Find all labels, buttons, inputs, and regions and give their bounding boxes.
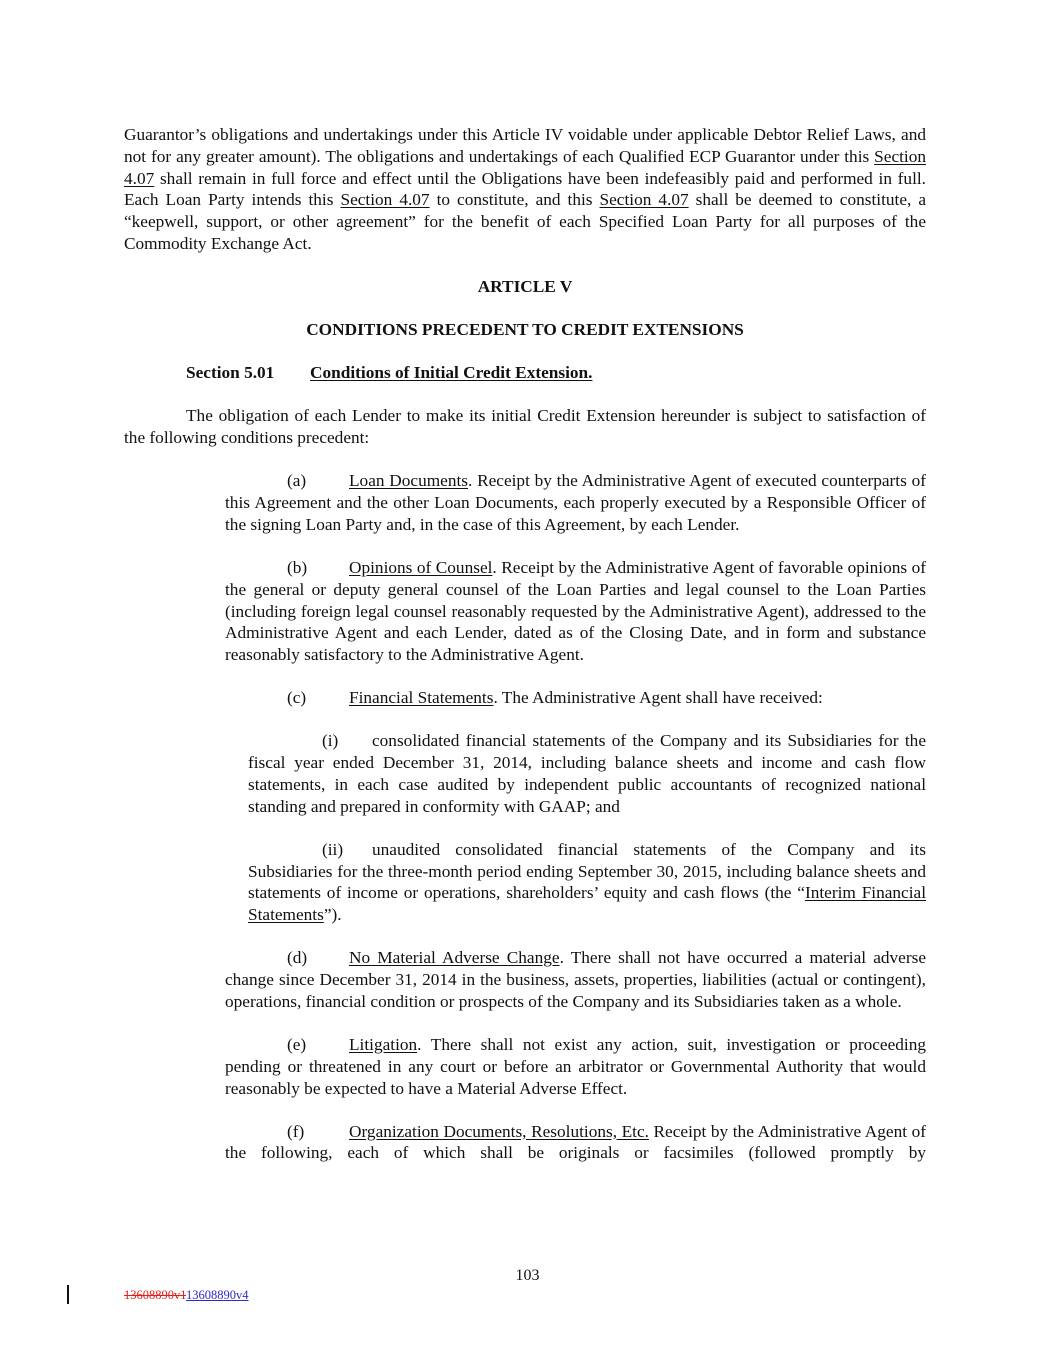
deleted-doc-id: 13608890v1 xyxy=(124,1288,186,1302)
article-title: ARTICLE V xyxy=(124,276,926,298)
section-heading: Section 5.01Conditions of Initial Credit… xyxy=(124,362,926,384)
section-reference: Section 4.07 xyxy=(600,190,689,209)
section-reference: Section 4.07 xyxy=(340,190,429,209)
clause-title: Loan Documents xyxy=(349,471,468,490)
change-bar xyxy=(67,1285,69,1304)
intro-paragraph: The obligation of each Lender to make it… xyxy=(124,405,926,449)
clause-d: (d)No Material Adverse Change. There sha… xyxy=(225,947,926,1012)
clause-c: (c)Financial Statements. The Administrat… xyxy=(225,687,926,709)
section-number: Section 5.01 xyxy=(186,362,310,384)
document-page: Guarantor’s obligations and undertakings… xyxy=(124,124,926,1164)
clause-title: Organization Documents, Resolutions, Etc… xyxy=(349,1122,649,1141)
clause-b: (b)Opinions of Counsel. Receipt by the A… xyxy=(225,557,926,666)
clause-title: Opinions of Counsel xyxy=(349,558,492,577)
clause-a: (a)Loan Documents. Receipt by the Admini… xyxy=(225,470,926,535)
section-title: Conditions of Initial Credit Extension. xyxy=(310,363,592,382)
carryover-paragraph: Guarantor’s obligations and undertakings… xyxy=(124,124,926,255)
page-number: 103 xyxy=(0,1267,1055,1285)
clause-e: (e)Litigation. There shall not exist any… xyxy=(225,1034,926,1099)
subclause-c-i: (i)consolidated financial statements of … xyxy=(248,730,926,817)
subclause-c-ii: (ii)unaudited consolidated financial sta… xyxy=(248,839,926,926)
document-id: 13608890v113608890v4 xyxy=(124,1288,249,1303)
clause-f: (f)Organization Documents, Resolutions, … xyxy=(225,1121,926,1165)
clause-title: No Material Adverse Change xyxy=(349,948,560,967)
clause-title: Financial Statements xyxy=(349,688,493,707)
inserted-doc-id: 13608890v4 xyxy=(186,1288,249,1302)
article-subtitle: CONDITIONS PRECEDENT TO CREDIT EXTENSION… xyxy=(124,319,926,341)
clause-title: Litigation xyxy=(349,1035,417,1054)
